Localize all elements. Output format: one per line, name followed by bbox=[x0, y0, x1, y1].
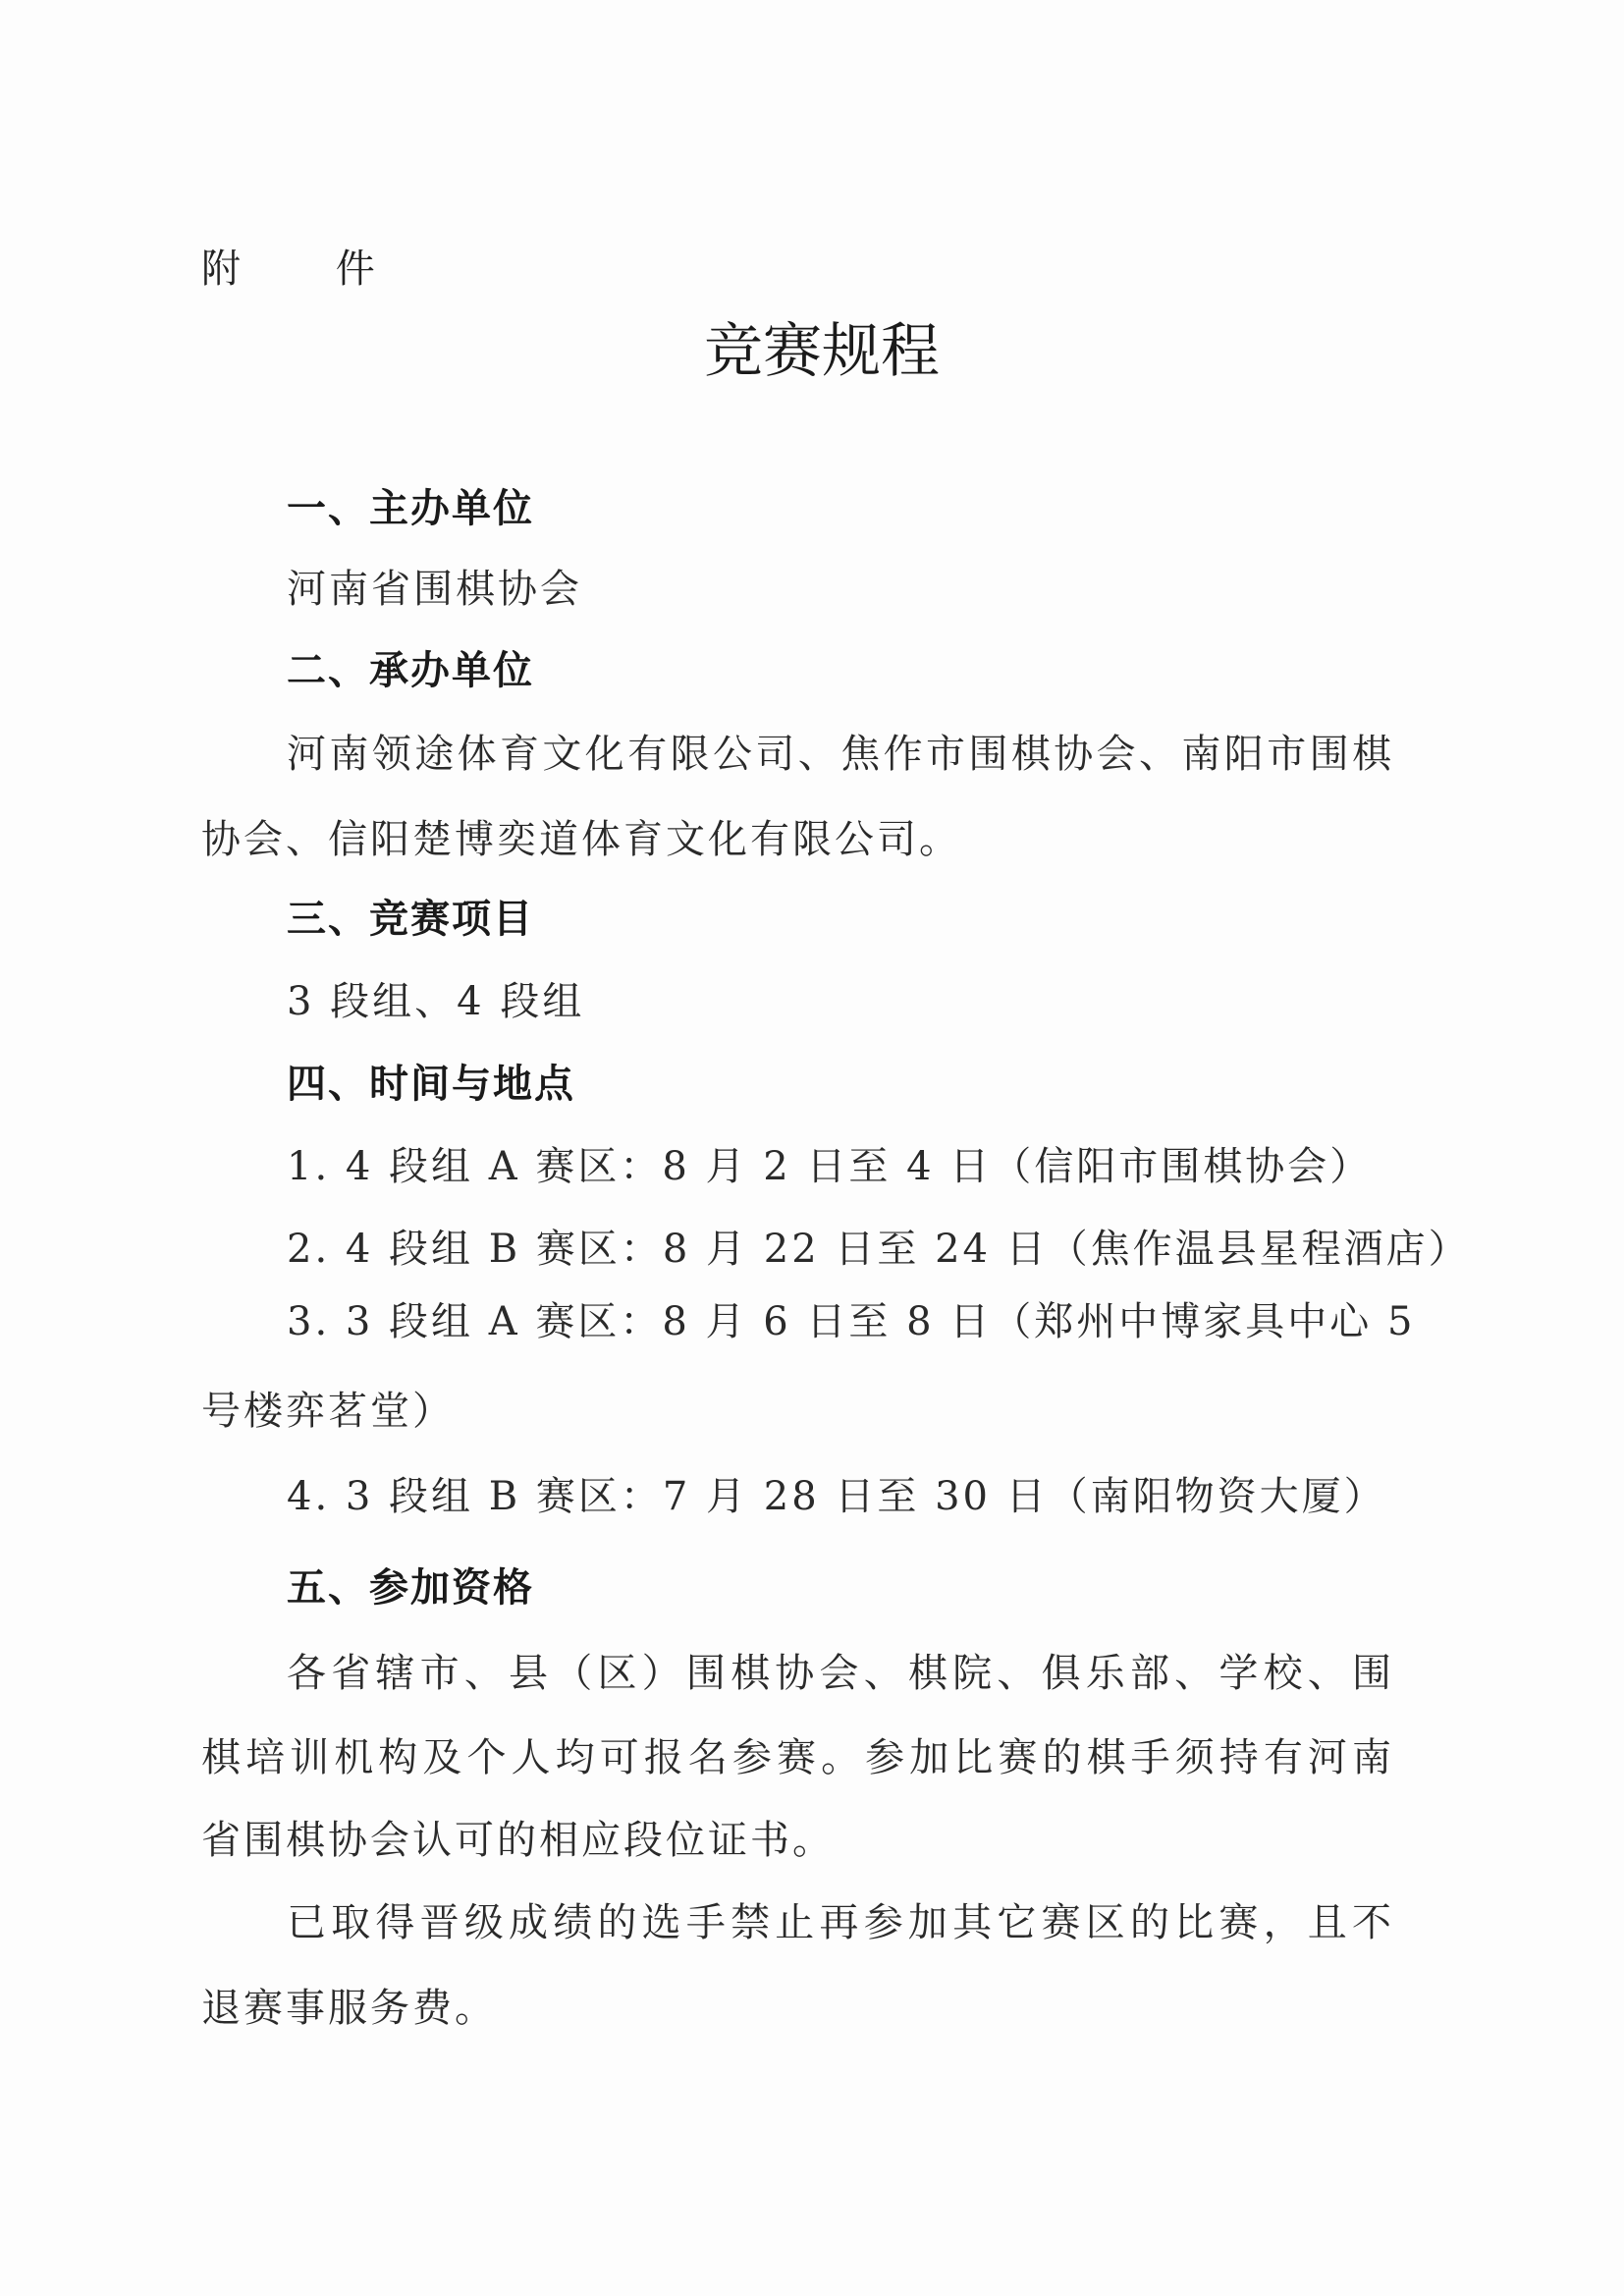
schedule-item: 1. 4 段组 A 赛区：8 月 2 日至 4 日（信阳市围棋协会） bbox=[287, 1142, 1485, 1191]
section-paragraph-line: 各省辖市、县（区）围棋协会、棋院、俱乐部、学校、围 bbox=[287, 1649, 1394, 1698]
section-heading-time-venue: 四、时间与地点 bbox=[287, 1060, 1485, 1109]
section-paragraph-line: 河南领途体育文化有限公司、焦作市围棋协会、南阳市围棋 bbox=[287, 730, 1394, 779]
section-paragraph: 3 段组、4 段组 bbox=[287, 977, 1485, 1026]
section-heading-eligibility: 五、参加资格 bbox=[287, 1563, 1485, 1613]
section-heading-events: 三、竞赛项目 bbox=[287, 895, 1485, 944]
section-paragraph-line: 协会、信阳楚博奕道体育文化有限公司。 bbox=[201, 815, 1399, 864]
document-page: 附 件 竞赛规程 一、主办单位 河南省围棋协会 二、承办单位 河南领途体育文化有… bbox=[0, 0, 1624, 2296]
schedule-item-line: 号楼弈茗堂） bbox=[201, 1387, 1399, 1436]
schedule-item-line: 3. 3 段组 A 赛区：8 月 6 日至 8 日（郑州中博家具中心 5 bbox=[287, 1297, 1394, 1346]
section-heading-organizer: 一、主办单位 bbox=[287, 484, 1485, 533]
section-paragraph-line: 退赛事服务费。 bbox=[201, 1984, 1399, 2033]
document-title: 竞赛规程 bbox=[0, 304, 1624, 389]
section-paragraph-line: 棋培训机构及个人均可报名参赛。参加比赛的棋手须持有河南 bbox=[201, 1733, 1394, 1782]
schedule-item: 2. 4 段组 B 赛区：8 月 22 日至 24 日（焦作温县星程酒店） bbox=[287, 1225, 1485, 1274]
section-paragraph: 河南省围棋协会 bbox=[287, 565, 1485, 614]
section-paragraph-line: 省围棋协会认可的相应段位证书。 bbox=[201, 1816, 1399, 1865]
section-heading-host: 二、承办单位 bbox=[287, 646, 1485, 695]
annex-label: 附 件 bbox=[201, 238, 416, 294]
schedule-item: 4. 3 段组 B 赛区：7 月 28 日至 30 日（南阳物资大厦） bbox=[287, 1472, 1485, 1521]
section-paragraph-line: 已取得晋级成绩的选手禁止再参加其它赛区的比赛，且不 bbox=[287, 1898, 1394, 1947]
